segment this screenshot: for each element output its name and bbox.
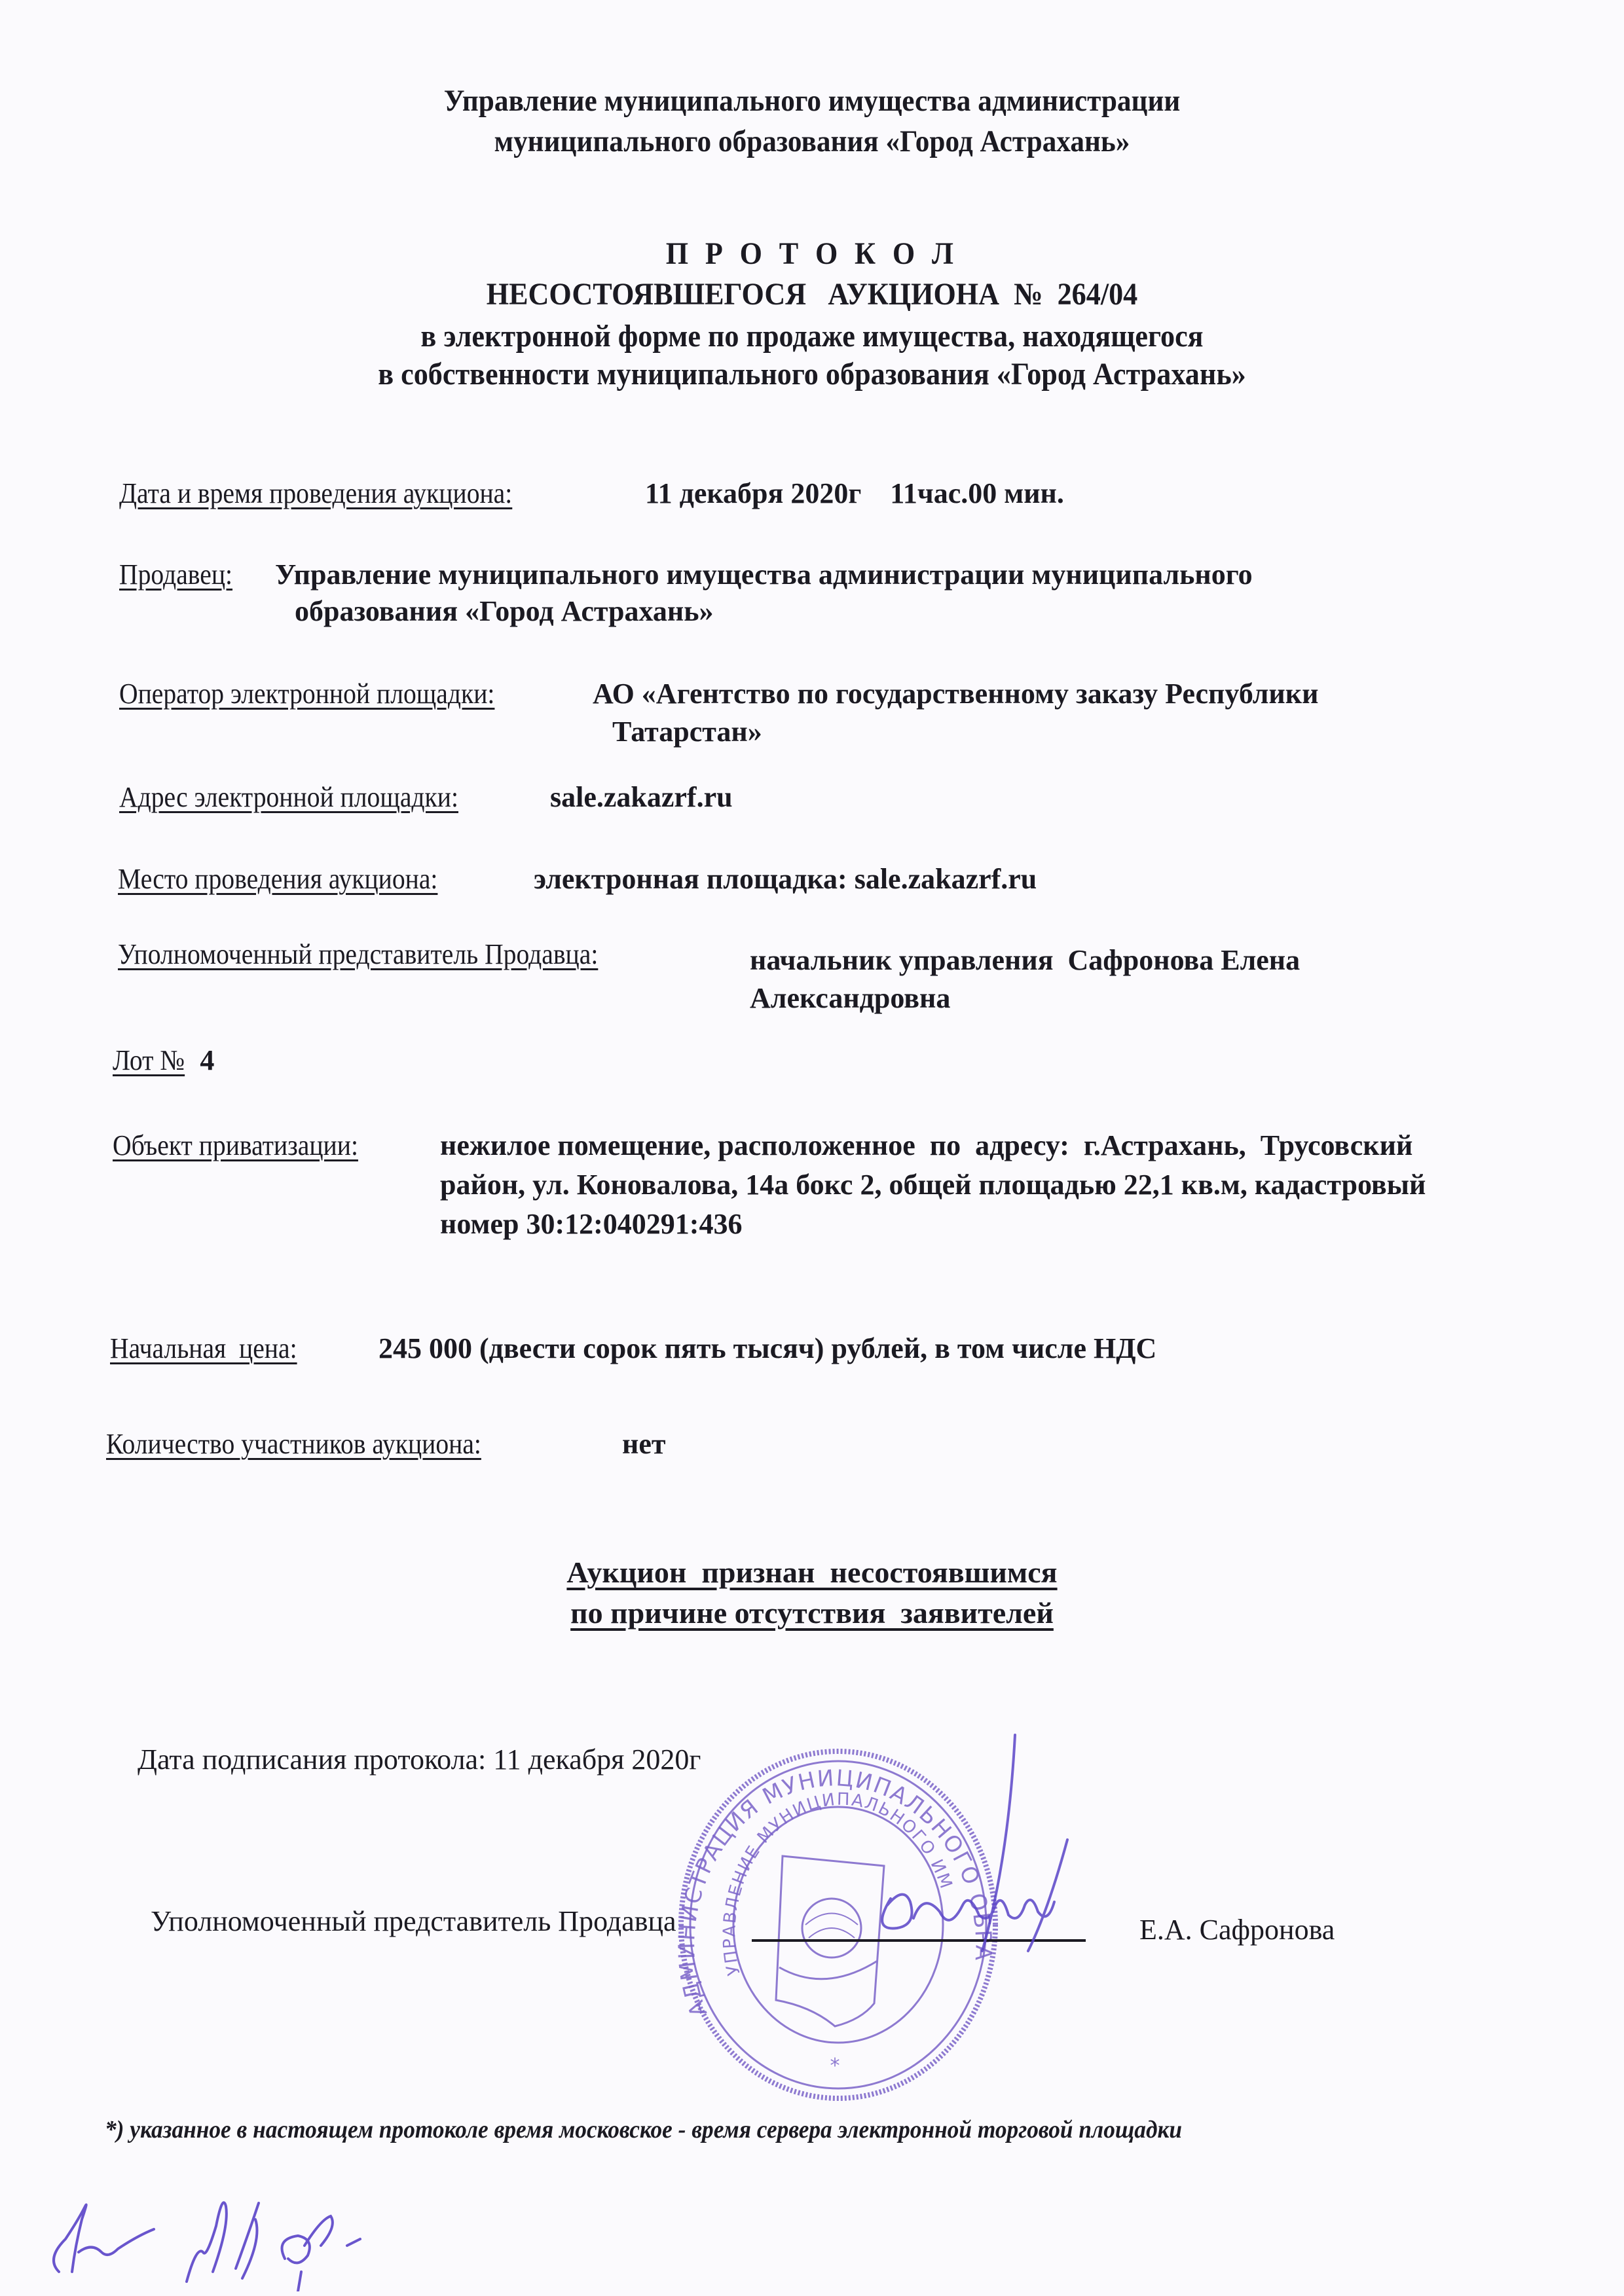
handwritten-signature-icon bbox=[851, 1728, 1153, 1971]
field-datetime-value: 11 декабря 2020г 11час.00 мин. bbox=[645, 474, 1064, 513]
field-label: Адрес электронной площадки: bbox=[119, 778, 458, 817]
svg-text:*: * bbox=[830, 2054, 840, 2077]
field-representative: Уполномоченный представитель Продавца: bbox=[118, 935, 652, 974]
field-label: Место проведения аукциона: bbox=[118, 860, 437, 899]
footnote: *) указанное в настоящем протоколе время… bbox=[105, 2113, 1182, 2146]
signing-date: Дата подписания протокола: 11 декабря 20… bbox=[138, 1740, 701, 1779]
field-label: Лот № bbox=[113, 1041, 185, 1080]
field-seller-value-line2: образования «Город Астрахань» bbox=[295, 592, 714, 631]
field-seller-value-line1: Управление муниципального имущества адми… bbox=[275, 555, 1253, 594]
field-datetime: Дата и время проведения аукциона: bbox=[119, 474, 556, 513]
field-label: Продавец: bbox=[119, 555, 232, 594]
field-participants: Количество участников аукциона: bbox=[106, 1425, 523, 1464]
field-object-value-line1: нежилое помещение, расположенное по адре… bbox=[440, 1126, 1412, 1165]
field-representative-value-line2: Александровна bbox=[750, 979, 950, 1018]
field-lot-value: 4 bbox=[200, 1044, 214, 1076]
field-start-price: Начальная цена: bbox=[110, 1329, 318, 1368]
field-label: Объект приватизации: bbox=[113, 1126, 358, 1165]
field-seller: Продавец: bbox=[119, 555, 245, 594]
field-address: Адрес электронной площадки: bbox=[119, 778, 496, 817]
field-place-value: электронная площадка: sale.zakazrf.ru bbox=[534, 860, 1037, 899]
org-header-line1: Управление муниципального имущества адми… bbox=[65, 81, 1559, 120]
field-object-value-line3: номер 30:12:040291:436 bbox=[440, 1205, 742, 1244]
field-label: Уполномоченный представитель Продавца: bbox=[118, 935, 598, 974]
conclusion-line2: по причине отсутствия заявителей bbox=[0, 1592, 1624, 1634]
field-label: Оператор электронной площадки: bbox=[119, 674, 494, 714]
field-operator-value-line1: АО «Агентство по государственному заказу… bbox=[593, 674, 1318, 714]
title-subline2: в собственности муниципального образован… bbox=[65, 354, 1559, 395]
field-operator-value-line2: Татарстан» bbox=[612, 712, 762, 752]
title-subline1: в электронной форме по продаже имущества… bbox=[65, 316, 1559, 357]
field-label: Количество участников аукциона: bbox=[106, 1425, 481, 1464]
protocol-heading: П Р О Т О К О Л bbox=[65, 234, 1559, 274]
field-label: Начальная цена: bbox=[110, 1329, 297, 1368]
field-representative-value-line1: начальник управления Сафронова Елена bbox=[750, 941, 1300, 980]
field-object: Объект приватизации: bbox=[113, 1126, 386, 1165]
field-lot: Лот № 4 bbox=[113, 1041, 214, 1080]
initials-signature-icon bbox=[39, 2180, 380, 2291]
org-header-line2: муниципального образования «Город Астрах… bbox=[65, 122, 1559, 161]
protocol-page: Управление муниципального имущества адми… bbox=[0, 0, 1624, 2296]
field-label: Дата и время проведения аукциона: bbox=[119, 474, 512, 513]
signing-rep-label: Уполномоченный представитель Продавца bbox=[151, 1902, 676, 1941]
field-object-value-line2: район, ул. Коновалова, 14а бокс 2, общей… bbox=[440, 1165, 1426, 1205]
signing-rep-name: Е.А. Сафронова bbox=[1139, 1910, 1335, 1950]
field-start-price-value: 245 000 (двести сорок пять тысяч) рублей… bbox=[378, 1329, 1156, 1368]
field-participants-value: нет bbox=[622, 1425, 666, 1464]
auction-title: НЕСОСТОЯВШЕГОСЯ АУКЦИОНА № 264/04 bbox=[65, 274, 1559, 315]
field-address-value: sale.zakazrf.ru bbox=[550, 778, 733, 817]
conclusion-line1: Аукцион признан несостоявшимся bbox=[0, 1552, 1624, 1594]
field-operator: Оператор электронной площадки: bbox=[119, 674, 536, 714]
field-place: Место проведения аукциона: bbox=[118, 860, 473, 899]
